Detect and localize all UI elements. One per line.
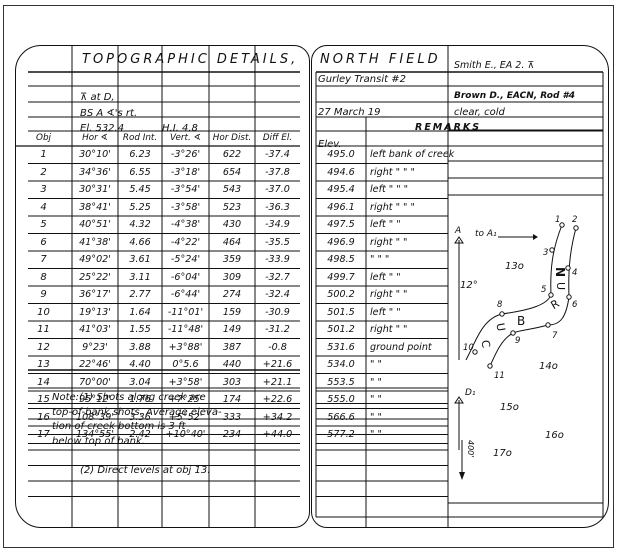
svg-text:B: B xyxy=(517,314,525,328)
svg-text:10: 10 xyxy=(463,343,474,353)
svg-text:N: N xyxy=(553,267,567,277)
svg-text:16o: 16o xyxy=(545,430,564,441)
svg-text:15o: 15o xyxy=(500,402,519,413)
site-sketch: Ato A₁D₁400'1234567891011NURBUC12°13o14o… xyxy=(0,0,618,553)
svg-text:R: R xyxy=(549,297,562,312)
svg-text:9: 9 xyxy=(515,336,520,346)
svg-text:14o: 14o xyxy=(539,361,558,372)
svg-text:A: A xyxy=(454,226,461,236)
svg-text:3: 3 xyxy=(543,248,548,258)
svg-text:7: 7 xyxy=(552,331,558,341)
svg-text:C: C xyxy=(478,339,492,349)
svg-text:to A₁: to A₁ xyxy=(475,229,497,239)
svg-text:2: 2 xyxy=(572,215,577,225)
svg-text:U: U xyxy=(493,322,507,332)
svg-text:8: 8 xyxy=(497,300,503,310)
svg-text:U: U xyxy=(554,282,567,290)
svg-text:4: 4 xyxy=(572,268,577,278)
svg-text:17o: 17o xyxy=(493,448,512,459)
svg-text:11: 11 xyxy=(494,371,505,381)
svg-text:5: 5 xyxy=(541,285,546,295)
svg-text:1: 1 xyxy=(555,215,560,225)
svg-text:13o: 13o xyxy=(505,261,524,272)
svg-text:D₁: D₁ xyxy=(465,388,476,398)
svg-text:6: 6 xyxy=(572,300,578,310)
svg-text:400': 400' xyxy=(466,440,475,457)
svg-text:12°: 12° xyxy=(460,280,478,291)
